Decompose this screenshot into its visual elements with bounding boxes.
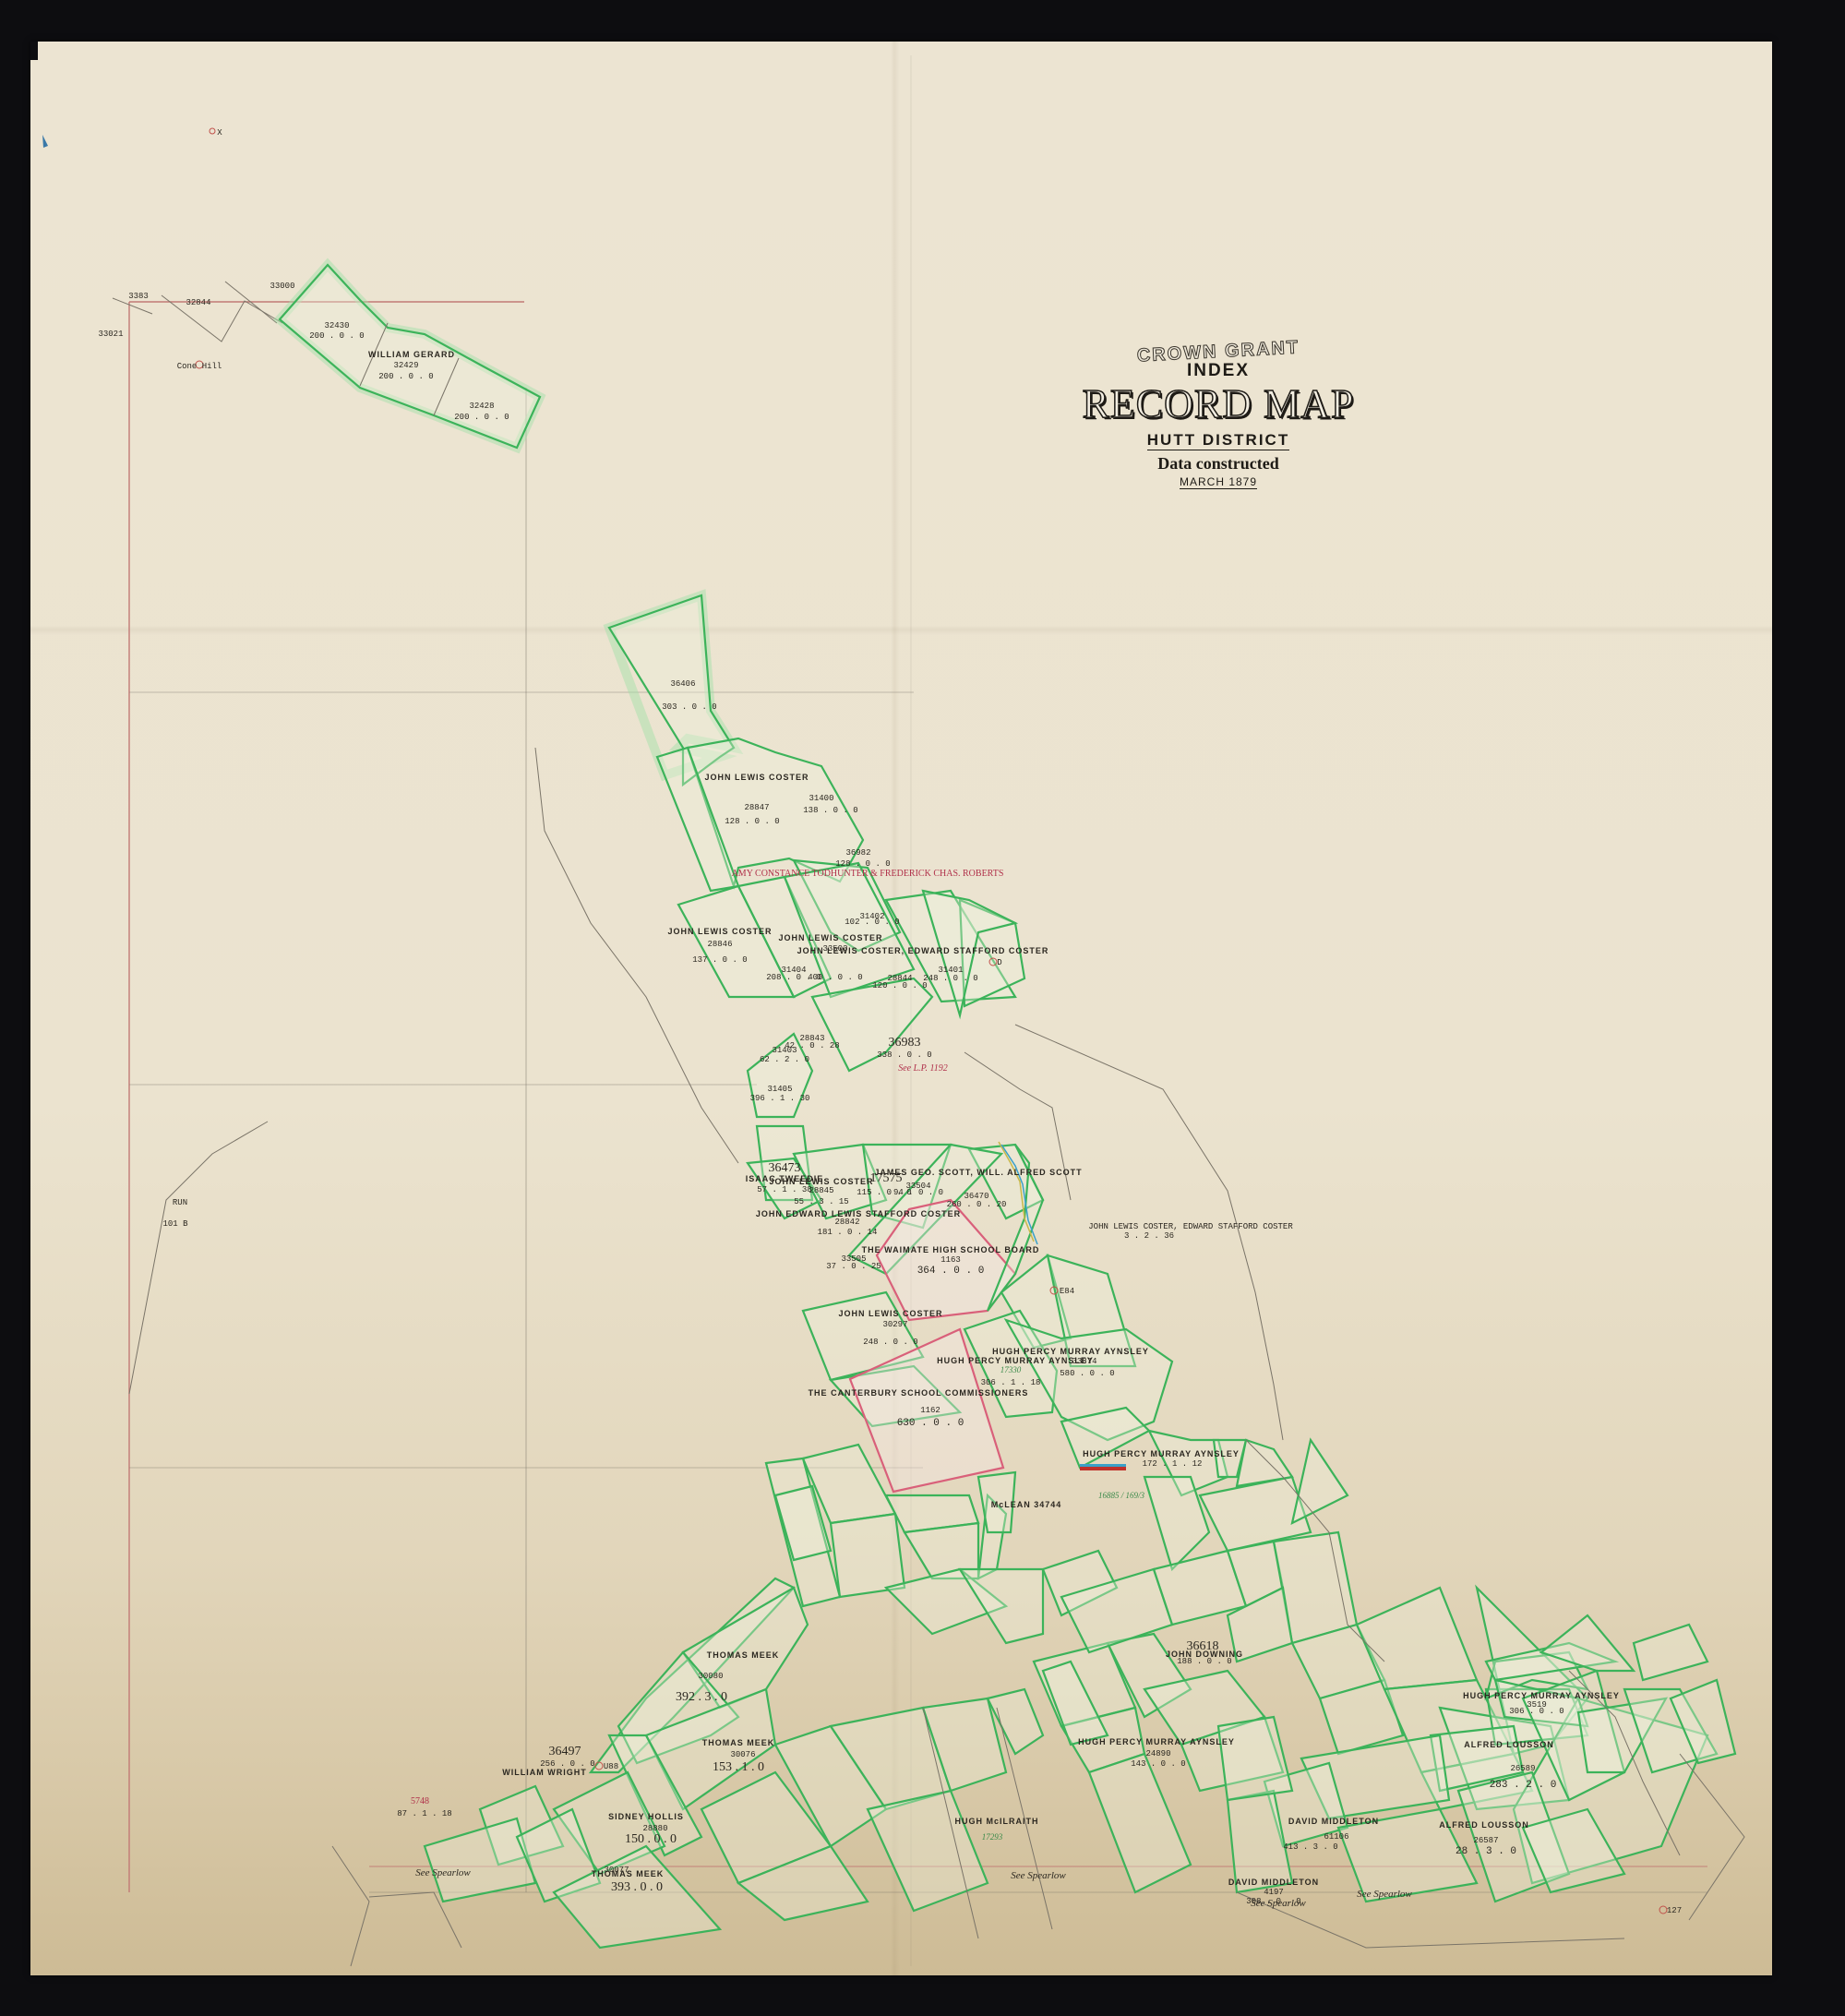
parcel-label: WILLIAM GERARD [368, 350, 455, 359]
parcel-label: 172 . 1 . 12 [1143, 1459, 1203, 1469]
parcel-label: 30076 [730, 1750, 755, 1759]
parcel-label: 120 . 0 . 0 [872, 981, 927, 990]
parcel-label: 200 . 0 . 0 [309, 331, 364, 341]
parcel-label: 306 . 0 . 0 [1509, 1707, 1563, 1716]
parcel-label: 143 . 0 . 0 [1131, 1759, 1185, 1769]
parcel-label: X [217, 128, 222, 138]
parcel-boundary [332, 1846, 369, 1966]
parcel-label: 4197 [1264, 1888, 1284, 1897]
parcel-label: 28846 [707, 940, 732, 949]
parcel-label: 188 . 0 . 0 [1177, 1657, 1231, 1666]
parcel-label: 630 . 0 . 0 [897, 1418, 964, 1429]
parcel-label: 3 . 2 . 36 [1124, 1231, 1174, 1241]
parcel-label: 580 . 0 . 0 [1060, 1369, 1114, 1378]
parcel-label: E84 [1060, 1287, 1074, 1296]
north-block: 3383 32844 33000 33021 32430 200 . 0 . 0… [98, 128, 540, 448]
parcel-label: 31405 [767, 1085, 792, 1094]
parcel-label: SIDNEY HOLLIS [608, 1812, 684, 1821]
parcel-label: 283 . 2 . 0 [1490, 1780, 1557, 1791]
parcel-label: 28842 [834, 1218, 859, 1227]
parcel-label: 150 . 0 . 0 [625, 1832, 677, 1846]
parcel-label: 17330 [1000, 1365, 1022, 1374]
parcel-label: HUGH McILRAITH [955, 1817, 1039, 1826]
parcel-label: 36406 [670, 679, 695, 689]
title-record-map: RECORD MAP [1061, 381, 1375, 427]
parcel-label: JOHN LEWIS COSTER [769, 1177, 873, 1186]
cadastral-map: 3383 32844 33000 33021 32430 200 . 0 . 0… [0, 0, 1845, 2016]
title-block: CROWN GRANT INDEX RECORD MAP HUTT DISTRI… [1061, 342, 1375, 490]
parcel-label: 364 . 0 . 0 [917, 1266, 985, 1277]
parcel-boundary [1292, 1440, 1348, 1523]
parcel-label: 306 . 1 . 18 [981, 1378, 1041, 1387]
parcel-label: 260 . 0 . 20 [947, 1200, 1007, 1209]
parcel-label: DAVID MIDDLETON [1288, 1817, 1379, 1826]
parcel-label: 36473 [769, 1161, 801, 1175]
parcel-label: 393 . 0 . 0 [611, 1880, 663, 1894]
parcel-label: THE WAIMATE HIGH SCHOOL BOARD [862, 1245, 1040, 1254]
parcel-label: THOMAS MEEK [702, 1738, 775, 1747]
parcel-boundary [425, 1818, 535, 1902]
parcel-label: 36497 [549, 1745, 581, 1758]
parcel-label: See L.P. 1192 [898, 1063, 948, 1074]
parcel-label: 30080 [698, 1672, 723, 1681]
parcel-label: 24890 [1145, 1749, 1170, 1758]
parcel-label: 30077 [604, 1866, 629, 1875]
parcel-label: 101 B [162, 1219, 188, 1229]
parcel-label: 28845 [809, 1186, 833, 1195]
parcel-label: 36982 [845, 848, 870, 858]
parcel-label: 338 . 0 . 0 [877, 1050, 931, 1060]
parcel-boundary [1144, 1477, 1209, 1569]
parcel-label: 5748 [411, 1796, 429, 1806]
parcel-boundary [1634, 1625, 1707, 1680]
parcel-label: JOHN LEWIS COSTER, EDWARD STAFFORD COSTE… [1088, 1222, 1293, 1231]
parcel-label: 396 . 1 . 30 [750, 1094, 810, 1103]
parcel-label: 153 . 1 . 0 [713, 1760, 764, 1774]
title-date: MARCH 1879 [1180, 475, 1257, 489]
parcel-label: DAVID MIDDLETON [1228, 1878, 1319, 1887]
parcel-label: 32430 [324, 321, 349, 330]
parcel-boundary [1237, 1440, 1292, 1486]
trig-station-icon [1659, 1906, 1667, 1914]
parcel-label: See Spearlow [415, 1867, 471, 1878]
parcel-label: 413 . 3 . 0 [1283, 1842, 1337, 1852]
parcel-label: HUGH PERCY MURRAY AYNSLEY [1078, 1737, 1235, 1746]
parcel-label: 26587 [1473, 1836, 1498, 1845]
parcel-label: 128 . 0 . 0 [835, 859, 890, 869]
parcel-label: JOHN LEWIS COSTER [838, 1309, 942, 1318]
parcel-label: 57 . 1 . 38 [757, 1185, 811, 1194]
parcel-boundary [129, 1122, 268, 1394]
parcel-label: THE CANTERBURY SCHOOL COMMISSIONERS [809, 1388, 1029, 1398]
parcel-label: 17293 [982, 1832, 1003, 1842]
parcel-label: HUGH PERCY MURRAY AYNSLEY [937, 1356, 1094, 1365]
trig-station-icon [210, 128, 215, 134]
parcel-label: 392 . 3 . 0 [676, 1690, 727, 1704]
parcel-label: 400 . 0 . 0 [808, 973, 862, 982]
parcel-boundary [1080, 1467, 1126, 1470]
parcel-label: 1162 [920, 1406, 940, 1415]
parcel-label: ALFRED LOUSSON [1439, 1820, 1529, 1830]
parcel-label: 248 . 0 . 0 [923, 974, 977, 983]
parcel-label: McLEAN 34744 [991, 1500, 1062, 1509]
parcel-label: 61106 [1324, 1832, 1348, 1842]
parcel-label: JOHN LEWIS COSTER, EDWARD STAFFORD COSTE… [797, 946, 1049, 955]
parcel-label: 26589 [1510, 1764, 1535, 1773]
title-constructed: Data constructed [1061, 454, 1375, 474]
parcel-label: 303 . 0 . 0 [662, 702, 716, 712]
parcel-label: HUGH PERCY MURRAY AYNSLEY [1463, 1691, 1620, 1700]
parcel-label: 32428 [469, 402, 494, 411]
parcel-label: 55 . 3 . 15 [794, 1197, 848, 1206]
parcel-label: 30297 [882, 1320, 907, 1329]
parcel-label: ALFRED LOUSSON [1464, 1740, 1554, 1749]
parcel-label: AMY CONSTANCE TODHUNTER & FREDERICK CHAS… [732, 869, 1004, 879]
parcel-label: 1163 [940, 1255, 961, 1265]
parcel-label: 32844 [186, 298, 210, 307]
parcel-label: D [997, 958, 1001, 967]
parcel-label: 127 [1667, 1906, 1682, 1915]
ink-mark [42, 135, 48, 148]
parcel-label: 128 . 0 . 0 [725, 817, 779, 826]
parcel-label: 33874 [1072, 1357, 1096, 1366]
parcel-label: 200 . 0 . 0 [378, 372, 433, 381]
parcel-label: RUN [173, 1198, 187, 1207]
parcel-label: HUGH PERCY MURRAY AYNSLEY [1083, 1449, 1240, 1458]
parcel-label: 62 . 2 . 0 [760, 1055, 809, 1064]
parcel-label: THOMAS MEEK [707, 1650, 780, 1660]
parcel-label: 3383 [128, 292, 149, 301]
parcel-label: 33000 [270, 282, 294, 291]
parcel-label: JAMES GEO. SCOTT, WILL. ALFRED SCOTT [874, 1168, 1082, 1177]
parcel-label: 32429 [393, 361, 418, 370]
parcel-label: 16885 / 169/3 [1098, 1491, 1145, 1500]
parcel-label: U88 [604, 1762, 618, 1771]
parcel-label: 256 . 0 . 0 [540, 1759, 594, 1769]
parcel-label: JOHN LEWIS COSTER [667, 927, 772, 936]
parcel-boundary [831, 1514, 905, 1597]
parcel-label: 102 . 0 . 0 [845, 918, 899, 927]
parcel-boundary [1218, 1717, 1292, 1800]
parcel-label: 28 . 3 . 0 [1456, 1846, 1516, 1857]
parcel-label: See Spearlow [1011, 1870, 1066, 1881]
parcel-label: 138 . 0 . 0 [803, 806, 857, 815]
title-district: HUTT DISTRICT [1147, 431, 1289, 450]
parcel-label: WILLIAM WRIGHT [502, 1768, 586, 1777]
parcel-label: 36983 [889, 1036, 921, 1050]
parcel-label: 137 . 0 . 0 [692, 955, 747, 965]
parcel-label: 31403 [772, 1046, 797, 1055]
parcel-label: 28847 [744, 803, 769, 812]
parcel-label: 37 . 0 . 25 [826, 1262, 881, 1271]
parcel-label: 87 . 1 . 18 [397, 1809, 451, 1818]
parcel-boundary [1089, 1754, 1191, 1892]
parcel-label: 200 . 0 . 0 [454, 413, 509, 422]
parcel-label: See Spearlow [1251, 1898, 1306, 1909]
parcel-label: Cone Hill [177, 362, 222, 371]
parcel-label: 248 . 0 . 0 [863, 1338, 917, 1347]
parcels-upper [609, 595, 1135, 1426]
parcel-label: JOHN LEWIS COSTER [704, 773, 809, 782]
parcel-boundary [1080, 1464, 1126, 1467]
parcel-label: 94 . 0 . 0 [893, 1188, 943, 1197]
parcel-label: 31400 [809, 794, 833, 803]
parcel-label: See Spearlow [1357, 1889, 1412, 1900]
parcel-label: HUGH PERCY MURRAY AYNSLEY [992, 1347, 1149, 1356]
parcel-label: 33021 [98, 330, 123, 339]
parcel-label: JOHN LEWIS COSTER [778, 933, 882, 942]
parcel-label: 181 . 0 . 14 [818, 1228, 878, 1237]
